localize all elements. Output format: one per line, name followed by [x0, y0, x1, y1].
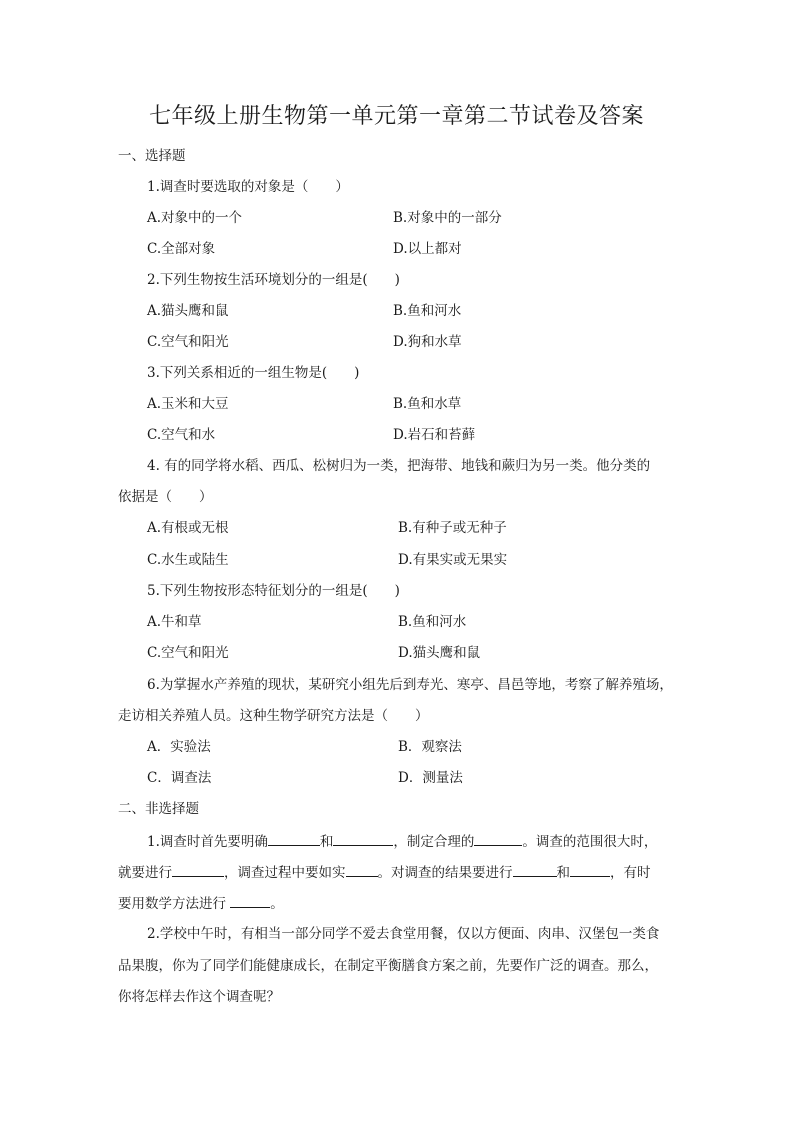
blank-field[interactable] — [172, 862, 224, 877]
section-heading-non-choice: 二、非选择题 — [118, 799, 199, 819]
question-2-option-b: B.鱼和河水 — [393, 301, 461, 321]
question-6-option-a: A．实验法 — [147, 737, 211, 757]
question-6-stem-line1: 6.为掌握水产养殖的现状，某研究小组先后到寿光、寒亭、昌邑等地，考察了解养殖场， — [147, 675, 673, 695]
question-6-option-c: C．调查法 — [147, 768, 211, 788]
question-6-option-b: B．观察法 — [398, 737, 462, 757]
question-4-stem-line1: 4. 有的同学将水稻、西瓜、松树归为一类，把海带、地钱和蕨归为另一类。他分类的 — [147, 456, 650, 476]
fill-question-1-line1: 1.调查时首先要明确和，制定合理的。调查的范围很大时， — [147, 831, 657, 852]
text: 。调查的范围很大时， — [522, 834, 657, 850]
text: ，调查过程中要如实 — [224, 865, 346, 881]
question-5-stem: 5.下列生物按形态特征划分的一组是( ) — [147, 581, 400, 601]
text: ，制定合理的 — [393, 834, 474, 850]
question-5-option-d: D.猫头鹰和鼠 — [398, 643, 480, 663]
text: 。对调查的结果要进行 — [378, 865, 513, 881]
question-1-option-a: A.对象中的一个 — [147, 208, 242, 228]
blank-field[interactable] — [570, 862, 610, 877]
question-4-option-c: C.水生或陆生 — [147, 550, 229, 570]
question-5-option-a: A.牛和草 — [147, 612, 202, 632]
question-4-option-b: B.有种子或无种子 — [398, 518, 507, 538]
text: 就要进行 — [118, 865, 172, 881]
blank-field[interactable] — [346, 862, 378, 877]
text: 1.调查时首先要明确 — [147, 834, 268, 850]
question-1-option-b: B.对象中的一部分 — [393, 208, 502, 228]
question-2-stem: 2.下列生物按生活环境划分的一组是( ) — [147, 270, 400, 290]
blank-field[interactable] — [474, 831, 522, 846]
section-heading-choice: 一、选择题 — [118, 146, 186, 166]
text: 和 — [557, 865, 571, 881]
page-title: 七年级上册生物第一单元第一章第二节试卷及答案 — [0, 102, 793, 132]
question-3-option-a: A.玉米和大豆 — [147, 394, 229, 414]
question-3-stem: 3.下列关系相近的一组生物是( ) — [147, 363, 359, 383]
question-5-option-c: C.空气和阳光 — [147, 643, 229, 663]
fill-question-1-line2: 就要进行，调查过程中要如实。对调查的结果要进行和，有时 — [118, 862, 651, 883]
blank-field[interactable] — [268, 831, 320, 846]
question-3-option-c: C.空气和水 — [147, 425, 215, 445]
question-6-stem-line2: 走访相关养殖人员。这种生物学研究方法是（ ） — [118, 706, 429, 726]
question-4-option-a: A.有根或无根 — [147, 518, 229, 538]
question-4-stem-line2: 依据是（ ） — [118, 487, 213, 507]
question-1-option-c: C.全部对象 — [147, 239, 215, 259]
question-5-option-b: B.鱼和河水 — [398, 612, 466, 632]
question-1-option-d: D.以上都对 — [393, 239, 462, 259]
text: 和 — [320, 834, 334, 850]
essay-question-2-line2: 品果腹，你为了同学们能健康成长，在制定平衡膳食方案之前，先要作广泛的调查。那么， — [118, 956, 658, 976]
blank-field[interactable] — [333, 831, 393, 846]
question-6-option-d: D．测量法 — [398, 768, 463, 788]
blank-field[interactable] — [513, 862, 557, 877]
text: 要用数学方法进行 — [118, 896, 226, 912]
question-2-option-d: D.狗和水草 — [393, 332, 462, 352]
essay-question-2-line1: 2.学校中午时，有相当一部分同学不爱去食堂用餐，仅以方便面、肉串、汉堡包一类食 — [147, 924, 659, 944]
essay-question-2-line3: 你将怎样去作这个调查呢？ — [118, 987, 280, 1007]
question-2-option-a: A.猫头鹰和鼠 — [147, 301, 229, 321]
question-2-option-c: C.空气和阳光 — [147, 332, 229, 352]
blank-field[interactable] — [230, 893, 270, 908]
question-4-option-d: D.有果实或无果实 — [398, 550, 507, 570]
fill-question-1-line3: 要用数学方法进行 。 — [118, 893, 284, 914]
text: ，有时 — [610, 865, 651, 881]
question-3-option-d: D.岩石和苔藓 — [393, 425, 475, 445]
question-1-stem: 1.调查时要选取的对象是（ ） — [147, 177, 349, 197]
question-3-option-b: B.鱼和水草 — [393, 394, 461, 414]
text: 。 — [270, 896, 284, 912]
